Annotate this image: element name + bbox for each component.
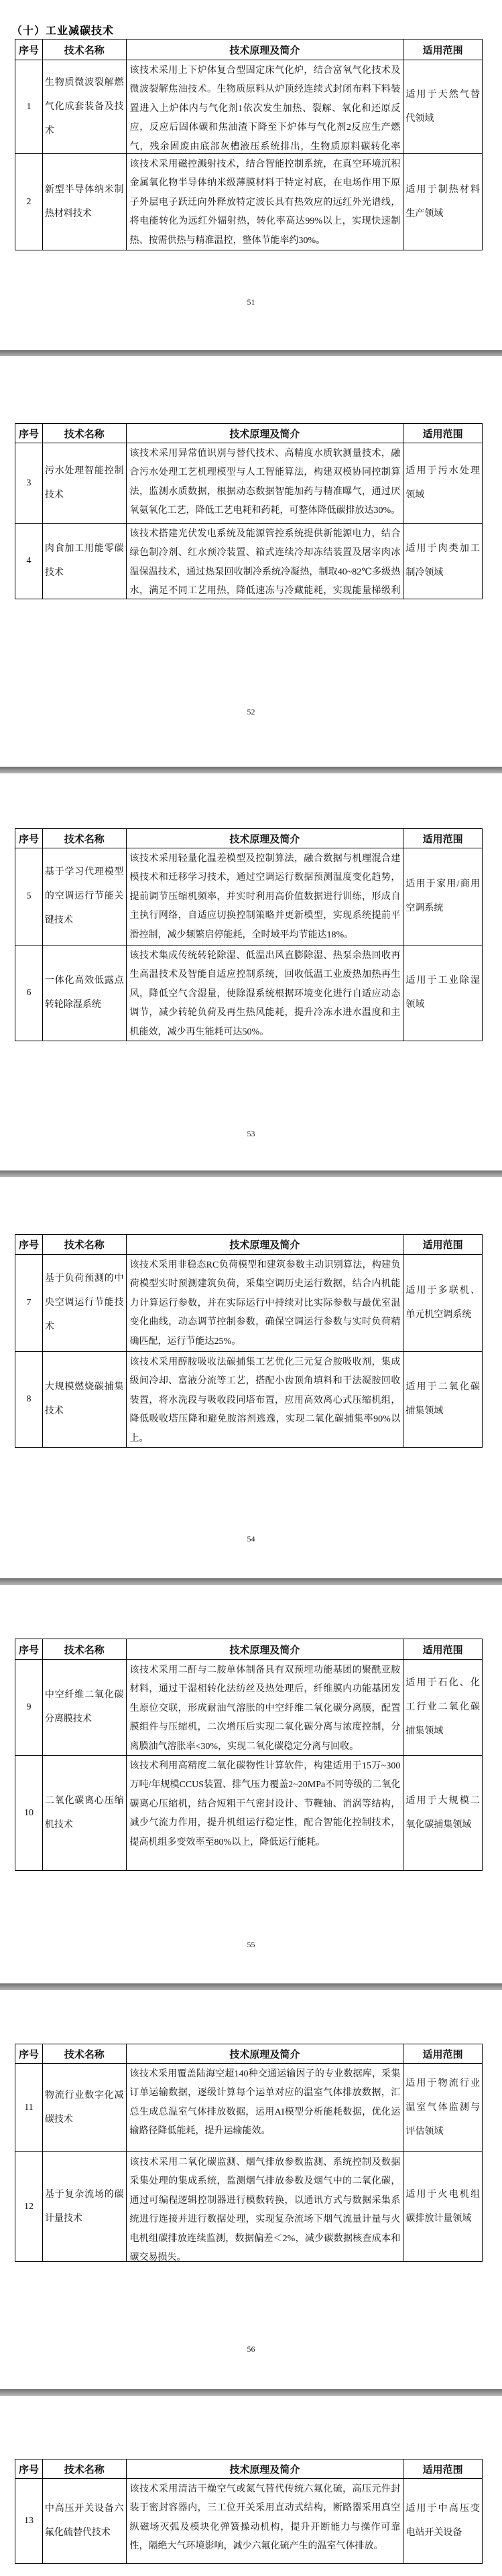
tech-intro-cell: 该技术采用覆盖陆海空超140种交通运输因子的专业数据库，采集订单运输数据，逐级计…: [127, 2064, 404, 2151]
document-page: 序号技术名称技术原理及简介适用范围11物流行业数字化减碳技术该技术采用覆盖陆海空…: [0, 1990, 502, 2389]
tech-name-text: 二氧化碳离心压缩机技术: [43, 1789, 126, 1837]
tech-intro-cell: 该技术采用二酐与二胺单体制备具有双预埋功能基团的聚酰亚胺材料，通过干湿相转化法纺…: [127, 1660, 404, 1755]
col-header-no: 序号: [15, 2044, 43, 2063]
scope-cell: 适用于污水处理领域: [403, 443, 482, 523]
tech-intro-cell: 该技术采用上下炉体复合型固定床气化炉，结合富氧气化技术及微波裂解焦油技术。生物质…: [127, 60, 404, 153]
row-no-cell: 8: [15, 1352, 43, 1447]
document-page: （十）工业减碳技术序号技术名称技术原理及简介适用范围1生物质微波裂解燃气化成套装…: [0, 0, 502, 350]
scope-text: 适用于火电机组碳排放计量领域: [403, 2183, 482, 2231]
tech-intro-cell: 该技术利用高精度二氧化碳物性计算软件，构建适用于15万~300万吨/年规模CCU…: [127, 1756, 404, 1870]
scope-cell: 适用于中高压变电站开关设备: [403, 2479, 482, 2563]
technology-table: 序号技术名称技术原理及简介适用范围11物流行业数字化减碳技术该技术采用覆盖陆海空…: [15, 2044, 483, 2262]
table-row: 4肉食加工用能零碳技术该技术搭建光伏发电系统及能源管控系统提供新能源电力，结合绿…: [15, 523, 482, 599]
tech-name-cell: 肉食加工用能零碳技术: [43, 524, 127, 599]
table-row: 1生物质微波裂解燃气化成套装备及技术该技术采用上下炉体复合型固定床气化炉，结合富…: [15, 60, 482, 153]
technology-table: 序号技术名称技术原理及简介适用范围7基于负荷预测的中央空调运行节能技术该技术采用…: [15, 1234, 483, 1448]
tech-name-text: 肉食加工用能零碳技术: [43, 537, 126, 585]
technology-table: 序号技术名称技术原理及简介适用范围13中高压开关设备六氟化硫替代技术该技术采用清…: [15, 2459, 483, 2564]
tech-name-cell: 新型半导体纳米制热材料技术: [43, 154, 127, 250]
col-header-name: 技术名称: [43, 1235, 127, 1254]
page-separator: [0, 2389, 502, 2396]
col-header-name: 技术名称: [43, 424, 127, 443]
col-header-intro: 技术原理及简介: [127, 1639, 404, 1659]
tech-name-text: 中空纤维二氧化碳分离膜技术: [43, 1683, 126, 1732]
tech-name-cell: 污水处理智能控制技术: [43, 443, 127, 523]
col-header-intro: 技术原理及简介: [127, 40, 404, 60]
table-row: 10二氧化碳离心压缩机技术该技术利用高精度二氧化碳物性计算软件，构建适用于15万…: [15, 1755, 482, 1870]
document-page: 序号技术名称技术原理及简介适用范围7基于负荷预测的中央空调运行节能技术该技术采用…: [0, 1177, 502, 1578]
tech-name-cell: 基于学习代理模型的空调运行节能关键技术: [43, 848, 127, 945]
table-header-row: 序号技术名称技术原理及简介适用范围: [15, 2459, 482, 2478]
document-viewport: （十）工业减碳技术序号技术名称技术原理及简介适用范围1生物质微波裂解燃气化成套装…: [0, 0, 502, 2576]
row-no-cell: 2: [15, 154, 43, 250]
tech-name-cell: 中空纤维二氧化碳分离膜技术: [43, 1660, 127, 1755]
col-header-intro: 技术原理及简介: [127, 1235, 404, 1254]
tech-name-text: 基于负荷预测的中央空调运行节能技术: [43, 1267, 126, 1339]
scope-text: 适用于石化、化工行业二氧化碳捕集领域: [403, 1671, 482, 1744]
scope-text: 适用于工业除湿领域: [403, 969, 482, 1017]
col-header-no: 序号: [15, 424, 43, 443]
row-no-cell: 7: [15, 1255, 43, 1351]
scope-cell: 适用于天然气替代领域: [403, 60, 482, 153]
tech-name-text: 中高压开关设备六氟化硫替代技术: [43, 2497, 126, 2545]
tech-intro-cell: 该技术采用轻量化温差模型及控制算法，融合数据与机理混合建模技术和迁移学习技术，通…: [127, 848, 404, 945]
row-no-cell: 6: [15, 945, 43, 1041]
tech-name-text: 新型半导体纳米制热材料技术: [43, 178, 126, 226]
tech-name-text: 一体化高效低露点转轮除湿系统: [43, 969, 126, 1017]
col-header-scope: 适用范围: [403, 2044, 482, 2063]
col-header-name: 技术名称: [43, 2459, 127, 2478]
section-title: （十）工业减碳技术: [11, 22, 114, 37]
technology-table: 序号技术名称技术原理及简介适用范围1生物质微波裂解燃气化成套装备及技术该技术采用…: [15, 39, 483, 250]
page-number: 52: [0, 707, 502, 717]
row-no-cell: 10: [15, 1756, 43, 1870]
scope-text: 适用于天然气替代领域: [403, 83, 482, 131]
col-header-intro: 技术原理及简介: [127, 424, 404, 443]
col-header-name: 技术名称: [43, 1639, 127, 1659]
scope-cell: 适用于物流行业温室气体监测与评估领域: [403, 2064, 482, 2151]
row-no-cell: 11: [15, 2064, 43, 2151]
tech-name-cell: 中高压开关设备六氟化硫替代技术: [43, 2479, 127, 2563]
table-header-row: 序号技术名称技术原理及简介适用范围: [15, 829, 482, 848]
tech-intro-cell: 该技术采用醇胺吸收法碳捕集工艺优化三元复合胺吸收剂，集成级间冷却、富液分流等工艺…: [127, 1352, 404, 1447]
tech-intro-cell: 该技术采用磁控溅射技术，结合智能控制系统，在真空环境沉积金属氧化物半导体纳米级薄…: [127, 154, 404, 250]
scope-text: 适用于肉类加工制冷领域: [403, 537, 482, 585]
scope-text: 适用于物流行业温室气体监测与评估领域: [403, 2072, 482, 2144]
scope-cell: 适用于多联机、单元机空调系统: [403, 1255, 482, 1351]
col-header-no: 序号: [15, 40, 43, 60]
page-number: 56: [0, 2344, 502, 2354]
table-row: 9中空纤维二氧化碳分离膜技术该技术采用二酐与二胺单体制备具有双预埋功能基团的聚酰…: [15, 1659, 482, 1755]
tech-name-cell: 大规模燃烧碳捕集技术: [43, 1352, 127, 1447]
col-header-no: 序号: [15, 2459, 43, 2478]
page-number: 53: [0, 1129, 502, 1139]
table-row: 13中高压开关设备六氟化硫替代技术该技术采用清洁干燥空气或氮气替代传统六氟化硫，…: [15, 2478, 482, 2563]
table-row: 6一体化高效低露点转轮除湿系统该技术集成传统转轮除湿、低温出风直膨除湿、热泵余热…: [15, 945, 482, 1041]
col-header-scope: 适用范围: [403, 424, 482, 443]
tech-name-text: 基于复杂流场的碳计量技术: [43, 2183, 126, 2231]
col-header-intro: 技术原理及简介: [127, 2459, 404, 2478]
tech-intro-cell: 该技术采用非稳态RC负荷模型和建筑参数主动识别算法，构建负荷模型实时预测建筑负荷…: [127, 1255, 404, 1351]
scope-text: 适用于多联机、单元机空调系统: [403, 1279, 482, 1327]
col-header-name: 技术名称: [43, 829, 127, 848]
scope-text: 适用于污水处理领域: [403, 459, 482, 508]
tech-name-cell: 基于复杂流场的碳计量技术: [43, 2152, 127, 2261]
table-header-row: 序号技术名称技术原理及简介适用范围: [15, 40, 482, 60]
page-number: 51: [0, 297, 502, 307]
row-no-cell: 5: [15, 848, 43, 945]
tech-name-cell: 一体化高效低露点转轮除湿系统: [43, 945, 127, 1041]
page-number: 55: [0, 1940, 502, 1950]
scope-text: 适用于二氧化碳捕集领域: [403, 1375, 482, 1424]
col-header-name: 技术名称: [43, 2044, 127, 2063]
document-page: 序号技术名称技术原理及简介适用范围3污水处理智能控制技术该技术采用异常值识别与替…: [0, 356, 502, 767]
tech-intro-cell: 该技术搭建光伏发电系统及能源管控系统提供新能源电力，结合绿色制冷剂、红水预冷装置…: [127, 524, 404, 599]
col-header-scope: 适用范围: [403, 829, 482, 848]
tech-intro-cell: 该技术集成传统转轮除湿、低温出风直膨除湿、热泵余热回收再生高温技术及智能自适应控…: [127, 945, 404, 1041]
scope-text: 适用于家用/商用空调系统: [403, 873, 482, 921]
row-no-cell: 1: [15, 60, 43, 153]
col-header-name: 技术名称: [43, 40, 127, 60]
tech-name-text: 大规模燃烧碳捕集技术: [43, 1375, 126, 1424]
col-header-no: 序号: [15, 829, 43, 848]
document-page: 序号技术名称技术原理及简介适用范围13中高压开关设备六氟化硫替代技术该技术采用清…: [0, 2396, 502, 2576]
tech-intro-cell: 该技术采用异常值识别与替代技术、高精度水质软测量技术，融合污水处理工艺机理模型与…: [127, 443, 404, 523]
scope-cell: 适用于二氧化碳捕集领域: [403, 1352, 482, 1447]
scope-text: 适用于大规模二氧化碳捕集领域: [403, 1789, 482, 1837]
tech-intro-cell: 该技术采用二氧化碳监测、烟气排放参数监测、系统控制及数据采集处理的集成系统，监测…: [127, 2152, 404, 2261]
table-row: 2新型半导体纳米制热材料技术该技术采用磁控溅射技术，结合智能控制系统，在真空环境…: [15, 153, 482, 250]
tech-name-text: 污水处理智能控制技术: [43, 459, 126, 508]
scope-cell: 适用于肉类加工制冷领域: [403, 524, 482, 599]
page-separator: [0, 1170, 502, 1177]
scope-text: 适用于中高压变电站开关设备: [403, 2497, 482, 2545]
row-no-cell: 4: [15, 524, 43, 599]
table-row: 3污水处理智能控制技术该技术采用异常值识别与替代技术、高精度水质软测量技术，融合…: [15, 443, 482, 523]
table-header-row: 序号技术名称技术原理及简介适用范围: [15, 424, 482, 443]
col-header-no: 序号: [15, 1639, 43, 1659]
tech-name-text: 物流行业数字化减碳技术: [43, 2084, 126, 2132]
tech-name-text: 生物质微波裂解燃气化成套装备及技术: [43, 71, 126, 143]
row-no-cell: 3: [15, 443, 43, 523]
row-no-cell: 12: [15, 2152, 43, 2261]
col-header-scope: 适用范围: [403, 1235, 482, 1254]
page-separator: [0, 1578, 502, 1585]
tech-name-cell: 生物质微波裂解燃气化成套装备及技术: [43, 60, 127, 153]
scope-cell: 适用于石化、化工行业二氧化碳捕集领域: [403, 1660, 482, 1755]
scope-cell: 适用于家用/商用空调系统: [403, 848, 482, 945]
tech-name-text: 基于学习代理模型的空调运行节能关键技术: [43, 860, 126, 933]
scope-cell: 适用于火电机组碳排放计量领域: [403, 2152, 482, 2261]
table-header-row: 序号技术名称技术原理及简介适用范围: [15, 1639, 482, 1659]
table-header-row: 序号技术名称技术原理及简介适用范围: [15, 2044, 482, 2063]
col-header-scope: 适用范围: [403, 2459, 482, 2478]
page-separator: [0, 767, 502, 773]
technology-table: 序号技术名称技术原理及简介适用范围9中空纤维二氧化碳分离膜技术该技术采用二酐与二…: [15, 1639, 483, 1871]
col-header-intro: 技术原理及简介: [127, 829, 404, 848]
scope-cell: 适用于工业除湿领域: [403, 945, 482, 1041]
document-page: 序号技术名称技术原理及简介适用范围9中空纤维二氧化碳分离膜技术该技术采用二酐与二…: [0, 1585, 502, 1983]
row-no-cell: 9: [15, 1660, 43, 1755]
technology-table: 序号技术名称技术原理及简介适用范围3污水处理智能控制技术该技术采用异常值识别与替…: [15, 423, 483, 599]
col-header-intro: 技术原理及简介: [127, 2044, 404, 2063]
tech-name-cell: 基于负荷预测的中央空调运行节能技术: [43, 1255, 127, 1351]
table-row: 8大规模燃烧碳捕集技术该技术采用醇胺吸收法碳捕集工艺优化三元复合胺吸收剂，集成级…: [15, 1351, 482, 1447]
row-no-cell: 13: [15, 2479, 43, 2563]
col-header-scope: 适用范围: [403, 1639, 482, 1659]
scope-text: 适用于制热材料生产领域: [403, 178, 482, 226]
table-row: 7基于负荷预测的中央空调运行节能技术该技术采用非稳态RC负荷模型和建筑参数主动识…: [15, 1254, 482, 1351]
page-separator: [0, 1983, 502, 1990]
tech-name-cell: 二氧化碳离心压缩机技术: [43, 1756, 127, 1870]
scope-cell: 适用于制热材料生产领域: [403, 154, 482, 250]
tech-name-cell: 物流行业数字化减碳技术: [43, 2064, 127, 2151]
table-row: 5基于学习代理模型的空调运行节能关键技术该技术采用轻量化温差模型及控制算法，融合…: [15, 848, 482, 945]
page-number: 54: [0, 1534, 502, 1544]
tech-intro-cell: 该技术采用清洁干燥空气或氮气替代传统六氟化硫，高压元件封装于密封容器内，三工位开…: [127, 2479, 404, 2563]
col-header-no: 序号: [15, 1235, 43, 1254]
scope-cell: 适用于大规模二氧化碳捕集领域: [403, 1756, 482, 1870]
technology-table: 序号技术名称技术原理及简介适用范围5基于学习代理模型的空调运行节能关键技术该技术…: [15, 828, 483, 1041]
document-page: 序号技术名称技术原理及简介适用范围5基于学习代理模型的空调运行节能关键技术该技术…: [0, 773, 502, 1170]
table-row: 12基于复杂流场的碳计量技术该技术采用二氧化碳监测、烟气排放参数监测、系统控制及…: [15, 2151, 482, 2261]
col-header-scope: 适用范围: [403, 40, 482, 60]
table-row: 11物流行业数字化减碳技术该技术采用覆盖陆海空超140种交通运输因子的专业数据库…: [15, 2063, 482, 2151]
table-header-row: 序号技术名称技术原理及简介适用范围: [15, 1235, 482, 1254]
